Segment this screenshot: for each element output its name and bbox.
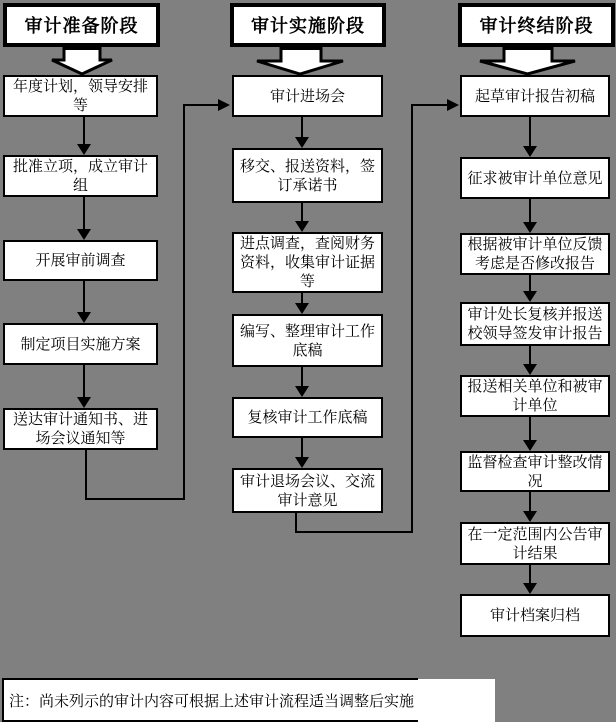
down-arrow-icon — [295, 203, 309, 232]
concl-step-2: 根据被审计单位反馈考虑是否修改报告 — [460, 233, 610, 275]
block-arrow-icon — [255, 47, 345, 76]
prep-step-0: 年度计划，领导安排等 — [3, 75, 158, 117]
block-arrow-icon — [50, 47, 114, 76]
down-arrow-icon — [523, 565, 537, 594]
note-bar-extension — [418, 679, 495, 722]
right-arrow-icon — [218, 99, 230, 111]
note-text: 注：尚未列示的审计内容可根据上述审计流程适当调整后实施 — [9, 690, 414, 711]
audit-flowchart-canvas: 审计准备阶段 年度计划，领导安排等 批准立项，成立审计组 开展审前调查 制定项目… — [0, 0, 616, 722]
concl-step-7: 审计档案归档 — [460, 594, 610, 637]
concl-step-3: 审计处长复核并报送校领导签发审计报告 — [460, 302, 610, 346]
concl-step-0: 起草审计报告初稿 — [460, 75, 610, 117]
prep-step-3: 制定项目实施方案 — [3, 323, 158, 365]
right-arrow-icon — [447, 99, 459, 111]
prep-step-2: 开展审前调查 — [3, 240, 158, 281]
connector-line — [85, 449, 87, 500]
down-arrow-icon — [295, 367, 309, 397]
connector-line — [413, 104, 447, 106]
impl-step-3: 编写、整理审计工作底稿 — [232, 314, 383, 367]
phase-header-implementation: 审计实施阶段 — [230, 3, 386, 47]
down-arrow-icon — [523, 275, 537, 302]
connector-line — [185, 104, 219, 106]
connector-line — [85, 498, 185, 500]
down-arrow-icon — [295, 117, 309, 148]
prep-step-4: 送达审计通知书、进场会议通知等 — [3, 408, 158, 450]
down-arrow-icon — [295, 293, 309, 314]
down-arrow-icon — [523, 492, 537, 522]
concl-step-4: 报送相关单位和被审计单位 — [460, 375, 610, 417]
connector-line — [295, 531, 413, 533]
connector-line — [183, 104, 185, 500]
prep-step-1: 批准立项，成立审计组 — [3, 155, 158, 197]
down-arrow-icon — [295, 438, 309, 468]
concl-step-6: 在一定范围内公告审计结果 — [460, 522, 610, 565]
connector-line — [411, 104, 413, 533]
concl-step-1: 征求被审计单位意见 — [460, 157, 610, 199]
block-arrow-icon — [478, 47, 577, 76]
down-arrow-icon — [523, 417, 537, 451]
down-arrow-icon — [77, 117, 91, 155]
connector-line — [295, 512, 297, 533]
down-arrow-icon — [77, 281, 91, 323]
phase-header-preparation: 审计准备阶段 — [3, 3, 160, 47]
impl-step-0: 审计进场会 — [232, 75, 383, 117]
impl-step-5: 审计退场会议、交流审计意见 — [232, 468, 383, 513]
down-arrow-icon — [523, 346, 537, 375]
impl-step-2: 进点调查，查阅财务资料，收集审计证据等 — [232, 232, 383, 293]
down-arrow-icon — [523, 117, 537, 157]
note-bar: 注：尚未列示的审计内容可根据上述审计流程适当调整后实施 — [2, 678, 418, 722]
impl-step-4: 复核审计工作底稿 — [232, 397, 383, 438]
impl-step-1: 移交、报送资料，签订承诺书 — [232, 148, 383, 203]
down-arrow-icon — [77, 365, 91, 408]
down-arrow-icon — [523, 199, 537, 233]
concl-step-5: 监督检查审计整改情况 — [460, 451, 610, 492]
phase-header-conclusion: 审计终结阶段 — [458, 3, 615, 47]
down-arrow-icon — [77, 197, 91, 240]
